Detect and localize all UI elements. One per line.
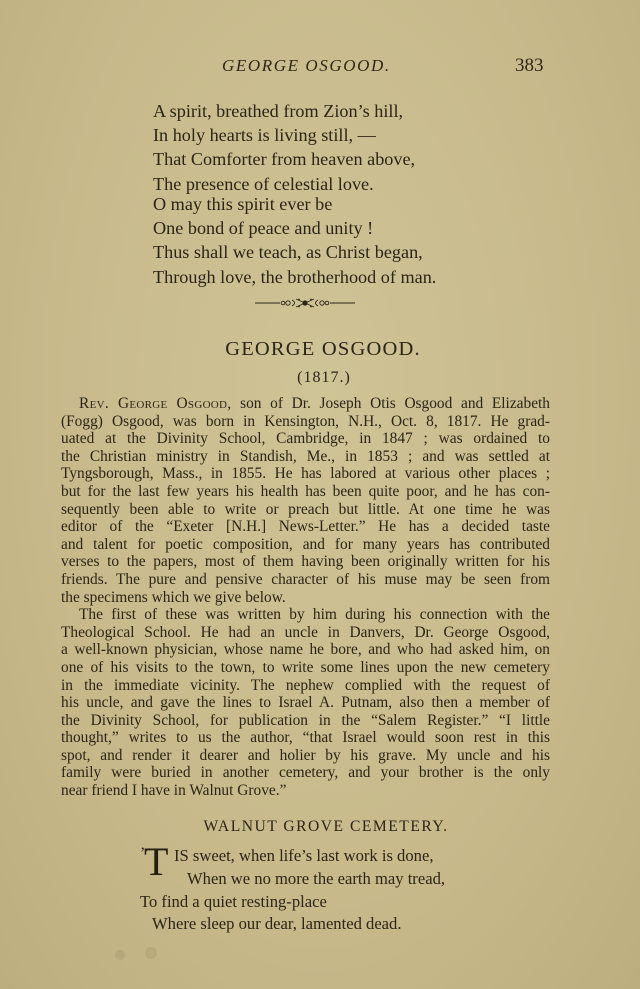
verse-line: That Comforter from heaven above,	[153, 147, 415, 171]
poem-walnut-grove: ’ T IS sweet, when life’s last work is d…	[140, 845, 445, 936]
verse-line: One bond of peace and unity !	[153, 216, 436, 240]
prose-line: the Christian ministry in Standish, Me.,…	[61, 448, 550, 466]
prose-line: his uncle, and gave the lines to Israel …	[61, 694, 550, 712]
poem-line: IS sweet, when life’s last work is done,	[140, 845, 445, 868]
page-number: 383	[515, 55, 544, 77]
poem-line: When we no more the earth may tread,	[140, 868, 445, 891]
fleuron-divider-icon	[255, 297, 355, 309]
prose-line: thought,” writes to us the author, “that…	[61, 729, 550, 747]
prose-line: spot, and render it dearer and holier by…	[61, 747, 550, 765]
prose-line: verses to the papers, most of them havin…	[61, 553, 550, 571]
prose-line: Tyngsborough, Mass., in 1855. He has lab…	[61, 465, 550, 483]
prose-line: Rev. George Osgood, son of Dr. Joseph Ot…	[61, 395, 550, 413]
verse-line: O may this spirit ever be	[153, 192, 436, 216]
prose-line: sequently been able to write or preach b…	[61, 501, 550, 519]
section-year: (1817.)	[0, 369, 640, 387]
prose-line: family were buried in another cemetery, …	[61, 764, 550, 782]
prose-line: but for the last few years his health ha…	[61, 483, 550, 501]
running-title: GEORGE OSGOOD.	[222, 56, 391, 76]
prose-line: the Divinity School, for publication in …	[61, 712, 550, 730]
running-header: GEORGE OSGOOD. 383	[0, 56, 640, 80]
poem-title: WALNUT GROVE CEMETERY.	[0, 818, 640, 836]
verse-stanza-2: O may this spirit ever be One bond of pe…	[153, 192, 436, 289]
verse-line: Thus shall we teach, as Christ began,	[153, 240, 436, 264]
prose-line: editor of the “Exeter [N.H.] News-Letter…	[61, 518, 550, 536]
prose-line: uated at the Divinity School, Cambridge,…	[61, 430, 550, 448]
biography-text: Rev. George Osgood, son of Dr. Joseph Ot…	[61, 395, 550, 800]
paper-stain	[145, 947, 157, 959]
author-name-smallcaps: Rev. George Osgood,	[79, 395, 231, 412]
poem-line: To find a quiet resting-place	[140, 891, 445, 914]
verse-line: In holy hearts is living still, —	[153, 123, 415, 147]
prose-line: (Fogg) Osgood, was born in Kensington, N…	[61, 413, 550, 431]
paper-stain	[115, 950, 125, 960]
prose-line: friends. The pure and pensive character …	[61, 571, 550, 589]
prose-line: in the immediate vicinity. The nephew co…	[61, 677, 550, 695]
poem-line: Where sleep our dear, lamented dead.	[140, 913, 445, 936]
prose-line: Theological School. He had an uncle in D…	[61, 624, 550, 642]
book-page: GEORGE OSGOOD. 383 A spirit, breathed fr…	[0, 0, 640, 989]
verse-line: Through love, the brotherhood of man.	[153, 265, 436, 289]
prose-line: The first of these was written by him du…	[61, 606, 550, 624]
prose-line: the specimens which we give below.	[61, 589, 550, 607]
prose-line: a well-known physician, whose name he bo…	[61, 641, 550, 659]
verse-line: A spirit, breathed from Zion’s hill,	[153, 99, 415, 123]
prose-line: and talent for poetic composition, and f…	[61, 536, 550, 554]
section-title: GEORGE OSGOOD.	[0, 338, 640, 361]
verse-stanza-1: A spirit, breathed from Zion’s hill, In …	[153, 99, 415, 196]
prose-line: near friend I have in Walnut Grove.”	[61, 782, 550, 800]
prose-line: one of his visits to the town, to write …	[61, 659, 550, 677]
